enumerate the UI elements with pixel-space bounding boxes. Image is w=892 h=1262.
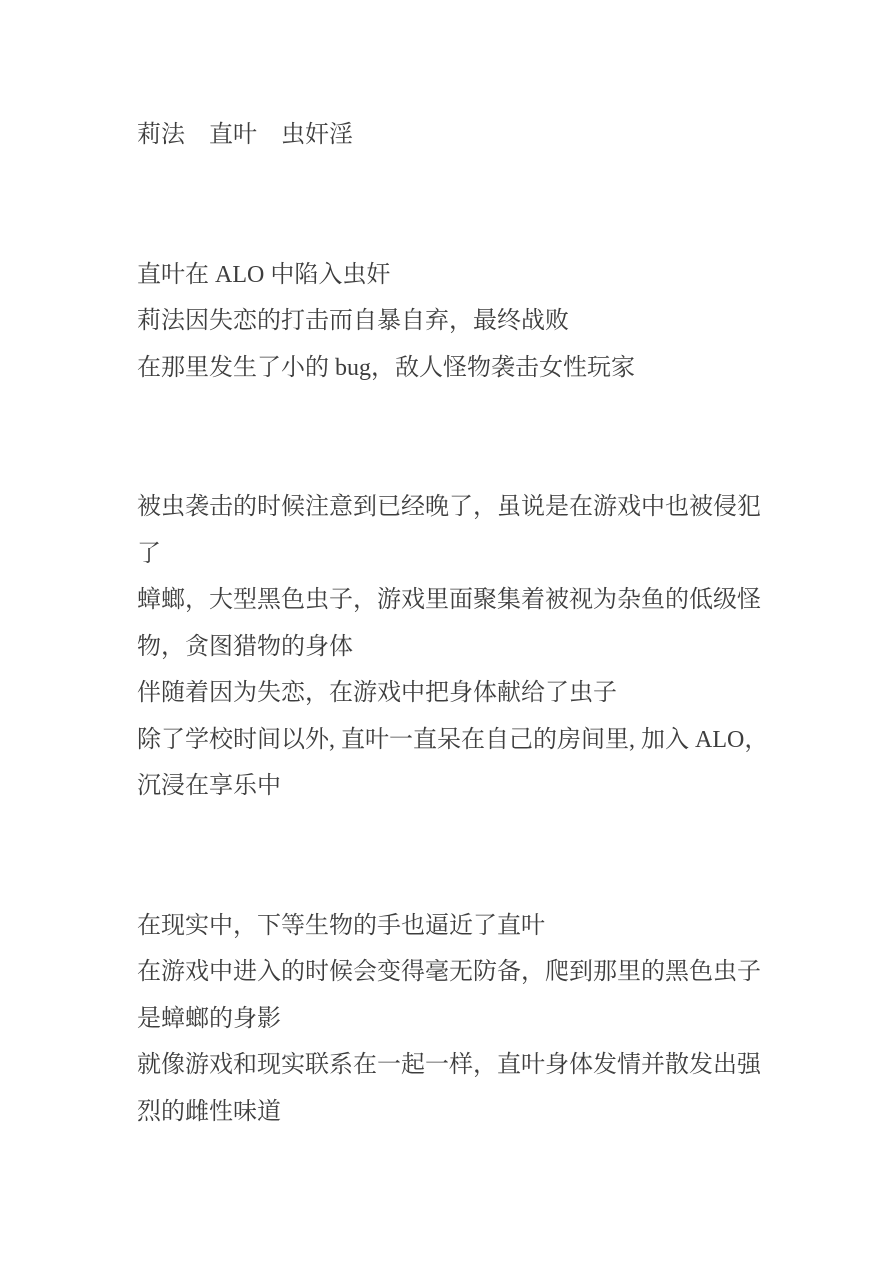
blank-line (137, 205, 837, 252)
paragraph-3-line-4: 就像游戏和现实联系在一起一样，直叶身体发情并散发出强 (137, 1042, 837, 1089)
paragraph-2-line-5: 伴随着因为失恋，在游戏中把身体献给了虫子 (137, 670, 837, 717)
text-column: 莉法 直叶 虫奸淫 直叶在 ALO 中陷入虫奸 莉法因失恋的打击而自暴自弃，最终… (137, 112, 837, 1135)
blank-line (137, 810, 837, 857)
blank-line (137, 438, 837, 485)
paragraph-3-line-2: 在游戏中进入的时候会变得毫无防备，爬到那里的黑色虫子 (137, 949, 837, 996)
paragraph-2-line-3: 蟑螂，大型黑色虫子，游戏里面聚集着被视为杂鱼的低级怪 (137, 577, 837, 624)
document-title: 莉法 直叶 虫奸淫 (137, 112, 837, 159)
paragraph-2-line-4: 物，贪图猎物的身体 (137, 624, 837, 671)
paragraph-1-line-3: 在那里发生了小的 bug，敌人怪物袭击女性玩家 (137, 345, 837, 392)
paragraph-1-line-1: 直叶在 ALO 中陷入虫奸 (137, 252, 837, 299)
paragraph-3-line-5: 烈的雌性味道 (137, 1089, 837, 1136)
paragraph-2-line-2: 了 (137, 531, 837, 578)
paragraph-1-line-2: 莉法因失恋的打击而自暴自弃，最终战败 (137, 298, 837, 345)
paragraph-3-line-1: 在现实中，下等生物的手也逼近了直叶 (137, 903, 837, 950)
blank-line (137, 856, 837, 903)
blank-line (137, 159, 837, 206)
paragraph-2-line-1: 被虫袭击的时候注意到已经晚了，虽说是在游戏中也被侵犯 (137, 484, 837, 531)
paragraph-2-line-6: 除了学校时间以外, 直叶一直呆在自己的房间里, 加入 ALO， (137, 717, 837, 764)
document-page: 莉法 直叶 虫奸淫 直叶在 ALO 中陷入虫奸 莉法因失恋的打击而自暴自弃，最终… (0, 0, 892, 1262)
paragraph-3-line-3: 是蟑螂的身影 (137, 996, 837, 1043)
paragraph-2-line-7: 沉浸在享乐中 (137, 763, 837, 810)
blank-line (137, 391, 837, 438)
